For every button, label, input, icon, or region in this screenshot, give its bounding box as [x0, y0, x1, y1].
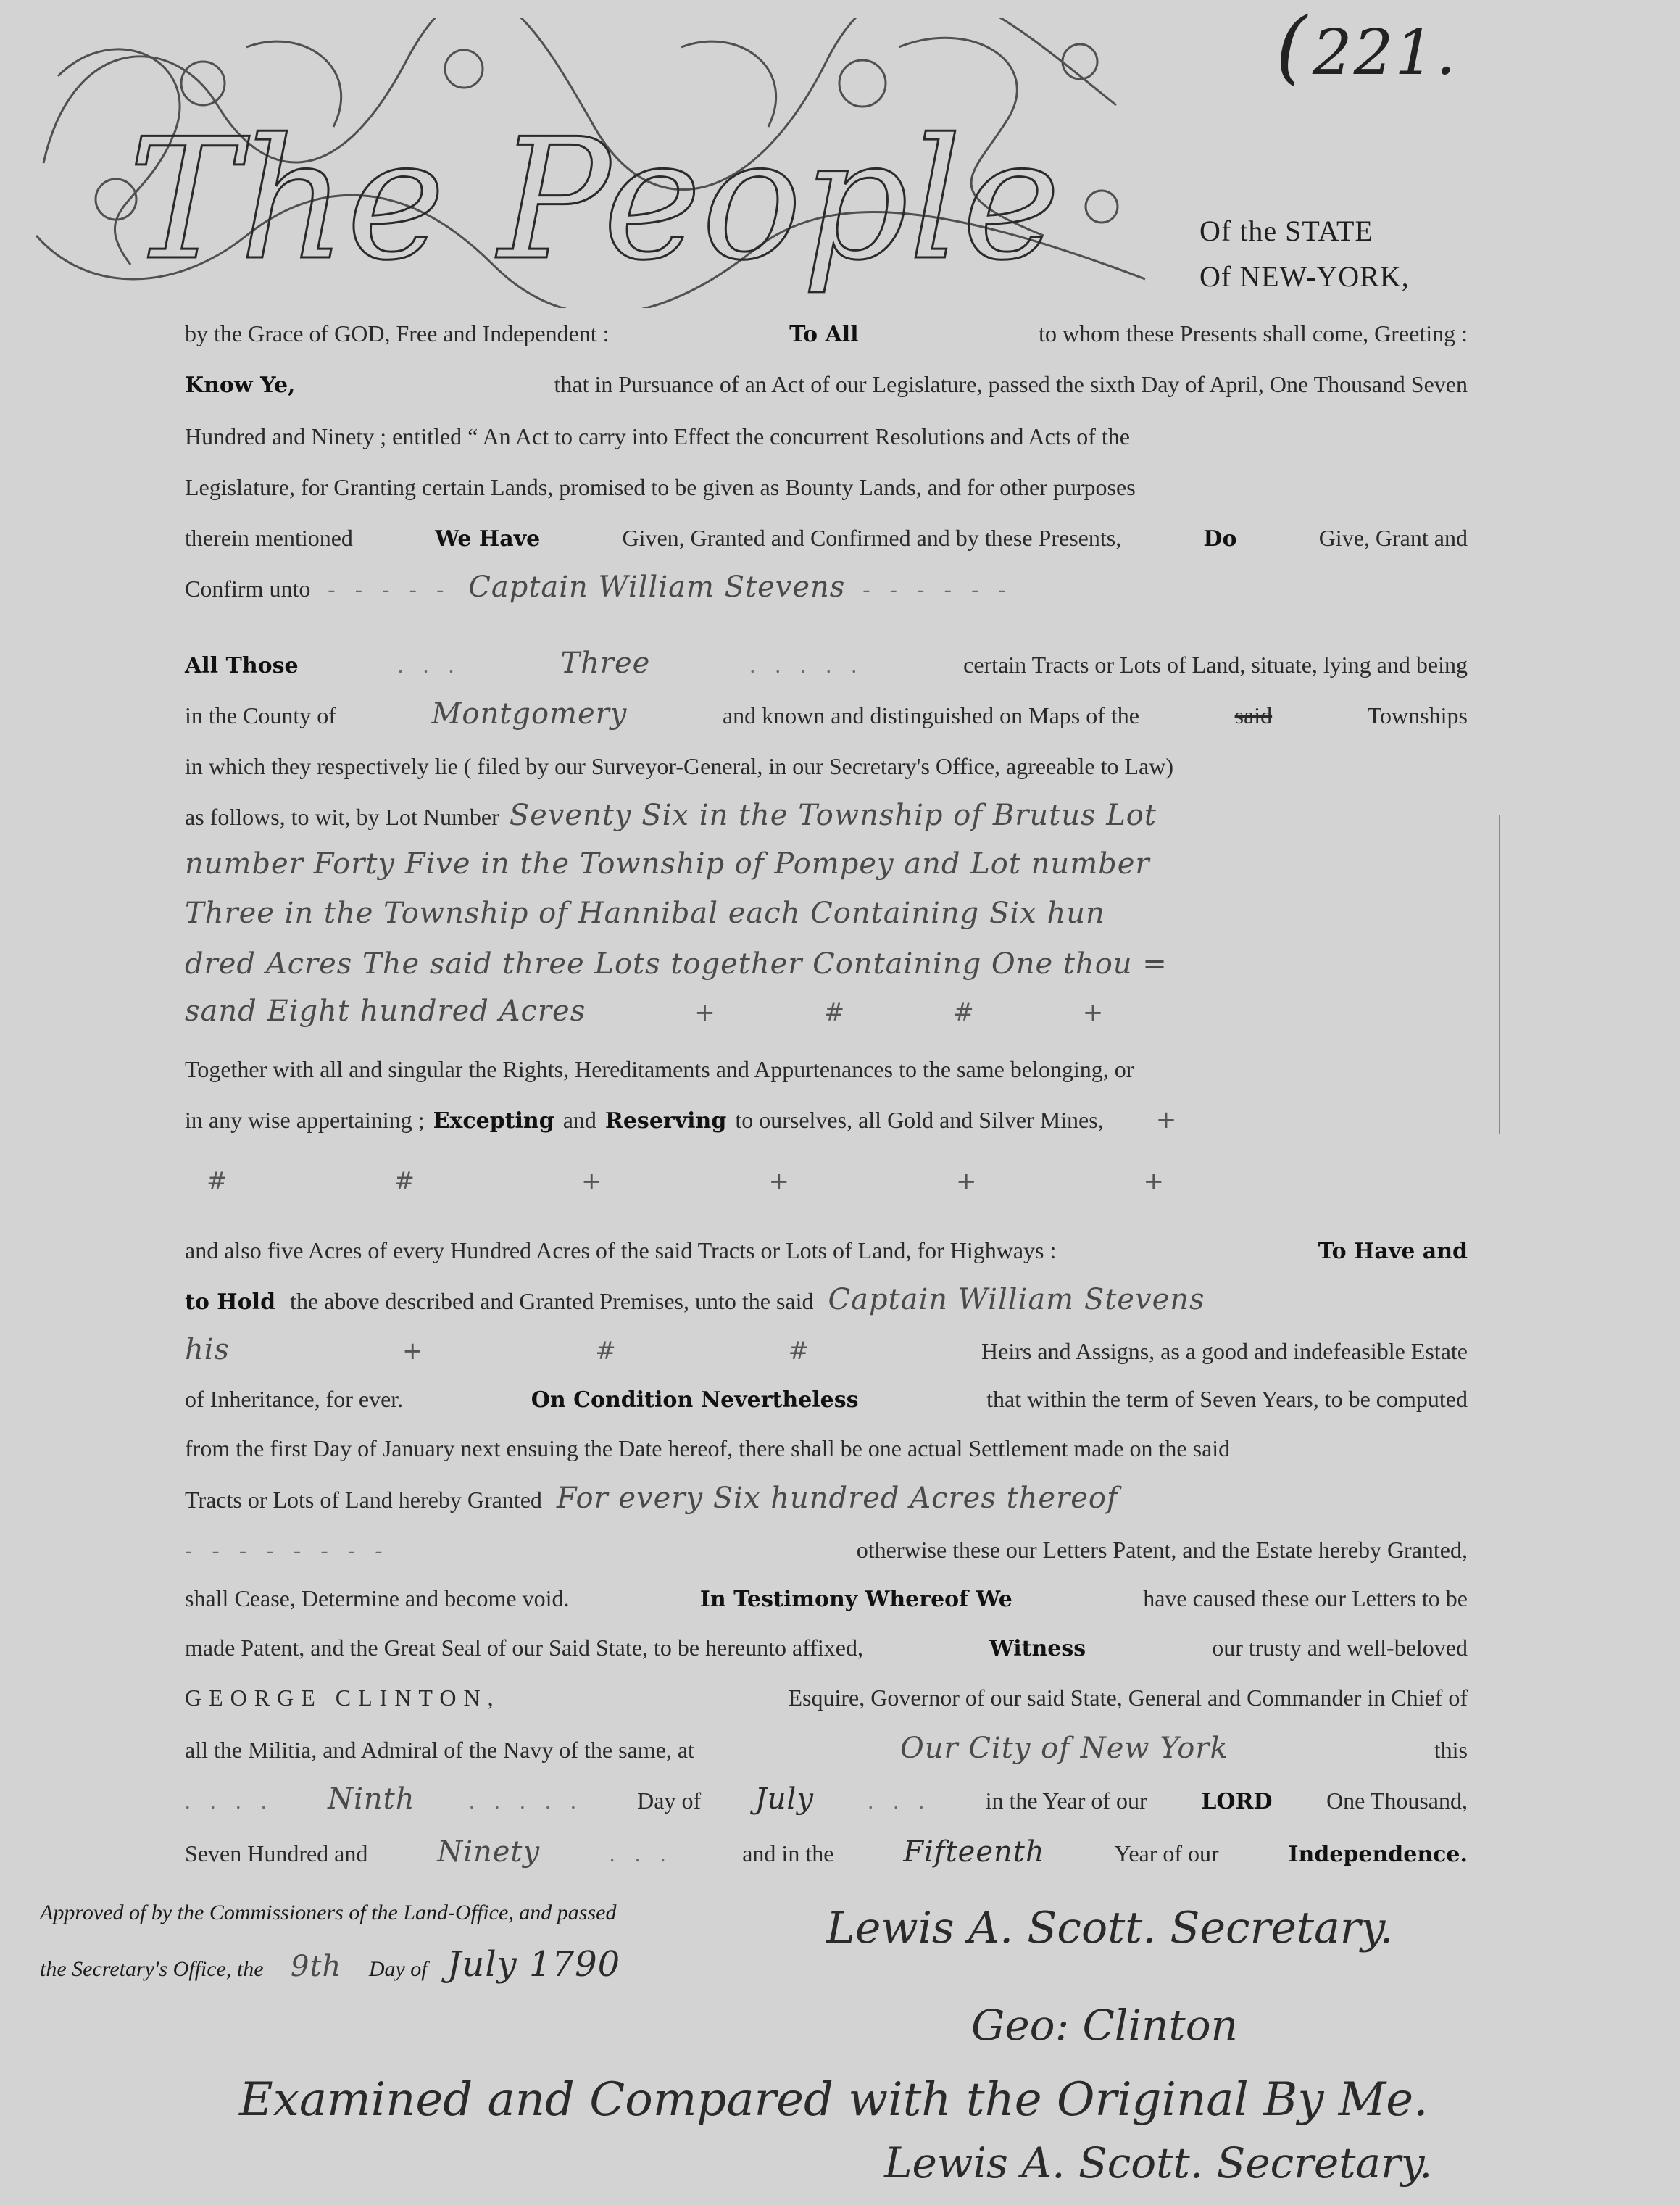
secretary-signature: Lewis A. Scott. Secretary. [826, 1903, 1393, 1953]
cross-mark-icon: + [1083, 998, 1104, 1027]
text-line-1: by the Grace of GOD, Free and Independen… [185, 319, 1468, 349]
handwritten-line-4: sand Eight hundred Acres + # # + [185, 997, 1468, 1027]
text-line-22: Tracts or Lots of Land hereby Granted Fo… [185, 1484, 1468, 1514]
cross-mark-icon: # [824, 998, 845, 1027]
secretary-signature-2: Lewis A. Scott. Secretary. [884, 2138, 1432, 2188]
page-number: (221. [1276, 0, 1457, 93]
cross-mark-icon: # [789, 1337, 810, 1366]
svg-text:The People: The People [128, 104, 1061, 297]
text-line-21: from the first Day of January next ensui… [185, 1434, 1468, 1463]
examined-note: Examined and Compared with the Original … [239, 2073, 1428, 2127]
text-line-27: all the Militia, and Admiral of the Navy… [185, 1734, 1468, 1764]
text-line-25: made Patent, and the Great Seal of our S… [185, 1633, 1468, 1664]
handwritten-line-3: dred Acres The said three Lots together … [185, 950, 1468, 979]
grantee-name: Captain William Stevens [468, 573, 845, 602]
cross-mark-icon: # [207, 1167, 228, 1196]
calligraphic-flourish-icon: The People [29, 18, 1160, 308]
text-line-2: Know Ye, that in Pursuance of an Act of … [185, 370, 1468, 400]
cross-mark-icon: + [581, 1167, 602, 1196]
text-line-7: All Those . . . Three . . . . . certain … [185, 649, 1468, 681]
text-line-9: in which they respectively lie ( filed b… [185, 752, 1468, 781]
state-line-2: Of NEW-YORK, [1199, 259, 1410, 294]
cross-mark-icon: # [953, 998, 974, 1027]
approval-line-1: Approved of by the Commissioners of the … [40, 1901, 616, 1925]
text-line-4: Legislature, for Granting certain Lands,… [185, 473, 1468, 502]
margin-bracket [1499, 815, 1500, 1134]
text-line-24: shall Cease, Determine and become void. … [185, 1584, 1468, 1614]
text-line-8: in the County of Montgomery and known an… [185, 699, 1468, 730]
lot-count: Three [560, 649, 650, 678]
text-line-15: Together with all and singular the Right… [185, 1055, 1468, 1084]
county-name: Montgomery [431, 699, 627, 728]
cross-mark-icon: + [769, 1167, 790, 1196]
text-line-20: of Inheritance, for ever. On Condition N… [185, 1384, 1468, 1415]
cross-mark-icon: + [1156, 1105, 1177, 1134]
cross-mark-icon: + [694, 998, 715, 1027]
cross-mark-icon: # [595, 1337, 616, 1366]
approval-line-2: the Secretary's Office, the 9th Day of J… [40, 1944, 620, 1985]
state-line-1: Of the STATE [1199, 214, 1373, 248]
cross-mark-icon: + [402, 1337, 423, 1366]
cross-mark-icon: + [1144, 1167, 1165, 1196]
handwritten-line-1: number Forty Five in the Township of Pom… [185, 850, 1468, 879]
text-line-16: in any wise appertaining ; Excepting and… [185, 1105, 1468, 1136]
text-line-19: his + # # Heirs and Assigns, as a good a… [185, 1335, 1468, 1366]
text-line-5: therein mentioned We Have Given, Granted… [185, 523, 1468, 554]
text-line-26: GEORGE CLINTON, Esquire, Governor of our… [185, 1683, 1468, 1712]
grantee-name-2: Captain William Stevens [828, 1285, 1205, 1314]
cross-mark-icon: + [956, 1167, 977, 1196]
ornamental-title-banner: The People [29, 18, 1160, 308]
text-line-18: to Hold the above described and Granted … [185, 1285, 1468, 1317]
cross-mark-icon: # [394, 1167, 415, 1196]
text-line-3: Hundred and Ninety ; entitled “ An Act t… [185, 422, 1468, 451]
text-line-6: Confirm unto - - - - - Captain William S… [185, 573, 1468, 605]
text-line-28: . . . . Ninth . . . . . Day of July . . … [185, 1785, 1468, 1816]
text-line-29: Seven Hundred and Ninety . . . and in th… [185, 1837, 1468, 1869]
text-line-17: and also five Acres of every Hundred Acr… [185, 1236, 1468, 1266]
governor-signature: Geo: Clinton [971, 2001, 1238, 2050]
filler-marks-row: # # + + + + [185, 1167, 1489, 1196]
text-line-10: as follows, to wit, by Lot Number Sevent… [185, 801, 1468, 831]
handwritten-line-2: Three in the Township of Hannibal each C… [185, 899, 1468, 928]
text-line-23: - - - - - - - - otherwise these our Lett… [185, 1535, 1468, 1566]
